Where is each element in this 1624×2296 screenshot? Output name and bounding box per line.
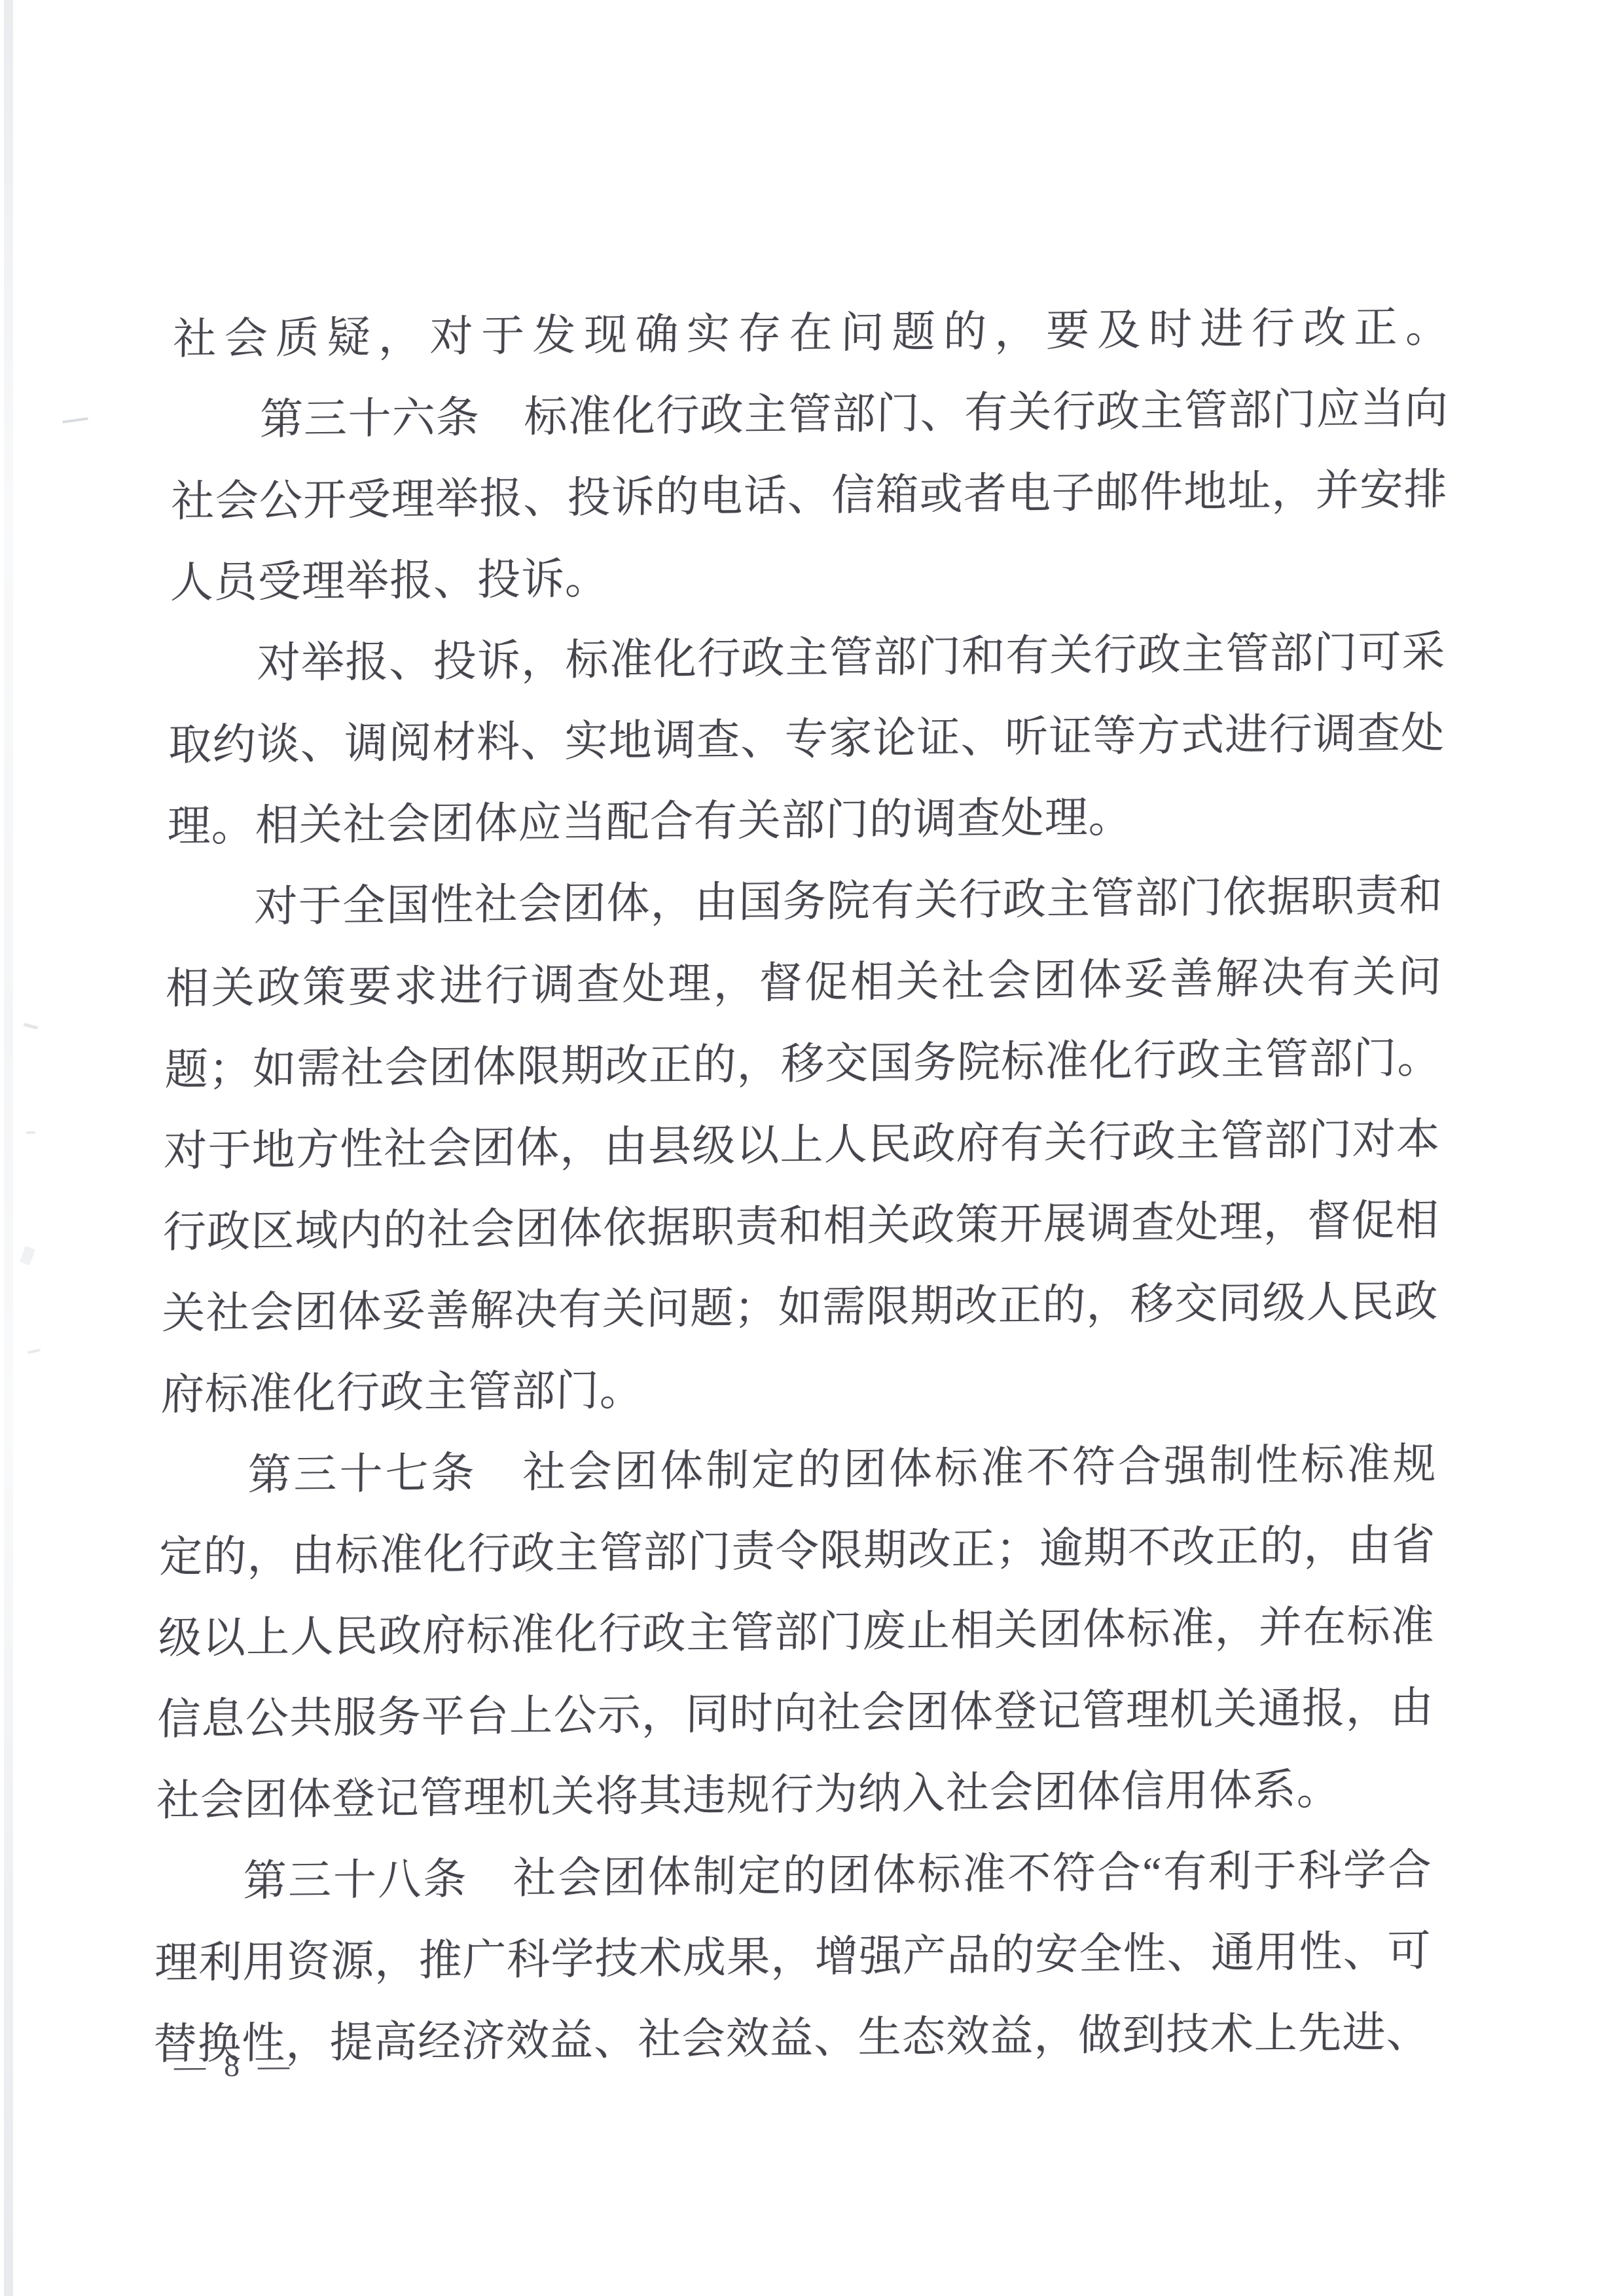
text-line-article-38: 第三十八条 社会团体制定的团体标准不符合“有利于科学合: [155, 1830, 1432, 1923]
scan-edge-artifact: [4, 0, 13, 2296]
document-text-block: 社会质疑，对于发现确实存在问题的，要及时进行改正。 第三十六条 标准化行政主管部…: [153, 287, 1450, 2086]
text-line: 题；如需社会团体限期改正的，移交国务院标准化行政主管部门。: [164, 1018, 1441, 1112]
text-line: 人员受理举报、投诉。: [170, 531, 1447, 625]
text-line: 替换性，提高经济效益、社会效益、生态效益，做到技术上先进、: [153, 1992, 1430, 2086]
text-line-article-36: 第三十六条 标准化行政主管部门、有关行政主管部门应当向: [171, 369, 1449, 462]
text-line: 社会质疑，对于发现确实存在问题的，要及时进行改正。: [173, 287, 1450, 381]
text-line: 信息公共服务平台上公示，同时向社会团体登记管理机关通报，由: [157, 1667, 1434, 1761]
scan-speck: [24, 1023, 39, 1029]
page-number: — 8 —: [174, 2047, 295, 2084]
text-line: 社会团体登记管理机关将其违规行为纳入社会团体信用体系。: [156, 1749, 1433, 1842]
scan-speck: [20, 1246, 35, 1266]
text-line: 府标准化行政主管部门。: [160, 1343, 1437, 1436]
text-line: 理利用资源，推广科学技术成果，增强产品的安全性、通用性、可: [154, 1911, 1431, 2005]
text-line: 对举报、投诉，标准化行政主管部门和有关行政主管部门可采: [169, 612, 1446, 706]
text-line: 相关政策要求进行调查处理，督促相关社会团体妥善解决有关问: [165, 937, 1442, 1030]
text-line: 社会公开受理举报、投诉的电话、信箱或者电子邮件地址，并安排: [171, 450, 1448, 543]
text-line-article-37: 第三十七条 社会团体制定的团体标准不符合强制性标准规: [160, 1424, 1437, 1518]
scan-speck: [27, 1349, 41, 1354]
text-line: 对于地方性社会团体，由县级以上人民政府有关行政主管部门对本: [164, 1099, 1441, 1193]
text-line: 关社会团体妥善解决有关问题；如需限期改正的，移交同级人民政: [162, 1262, 1439, 1355]
scan-speck: [62, 417, 88, 424]
document-page: 社会质疑，对于发现确实存在问题的，要及时进行改正。 第三十六条 标准化行政主管部…: [0, 0, 1624, 2296]
scan-speck: [26, 1131, 35, 1134]
text-line: 行政区域内的社会团体依据职责和相关政策开展调查处理，督促相: [162, 1180, 1439, 1274]
text-line: 定的，由标准化行政主管部门责令限期改正；逾期不改正的，由省: [159, 1505, 1436, 1599]
text-line: 取约谈、调阅材料、实地调查、专家论证、听证等方式进行调查处: [168, 693, 1445, 787]
text-line: 级以上人民政府标准化行政主管部门废止相关团体标准，并在标准: [158, 1586, 1435, 1680]
text-line: 理。相关社会团体应当配合有关部门的调查处理。: [167, 774, 1444, 868]
text-line: 对于全国性社会团体，由国务院有关行政主管部门依据职责和: [166, 856, 1443, 949]
